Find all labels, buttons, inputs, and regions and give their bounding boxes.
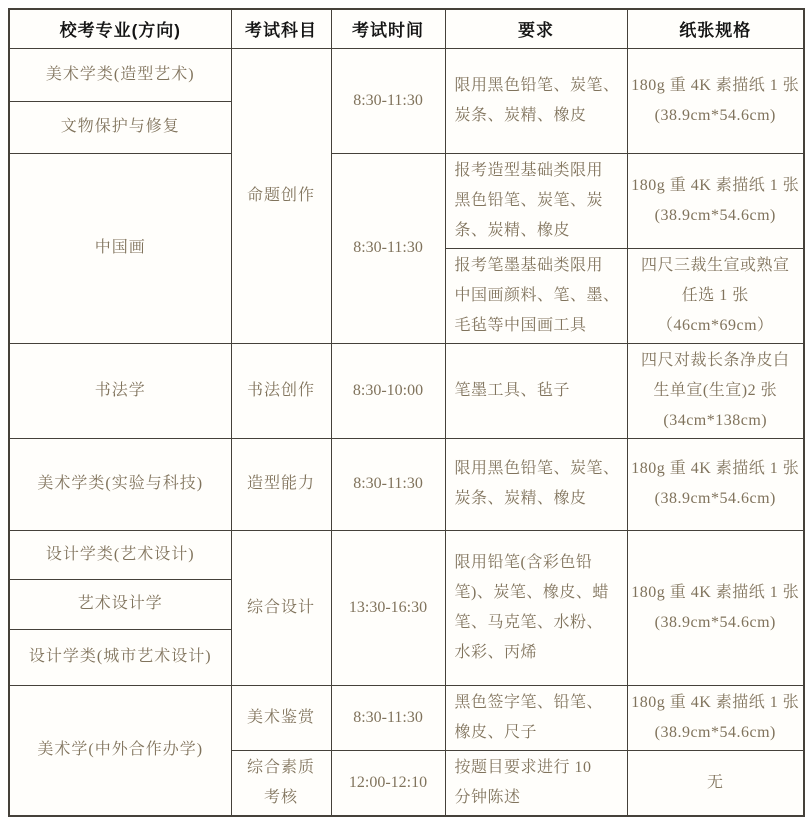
cell-paper-sketch-4k: 180g 重 4K 素描纸 1 张 (38.9cm*54.6cm): [627, 685, 804, 750]
cell-major-calligraphy: 书法学: [9, 343, 231, 438]
table-row: 美术学(中外合作办学) 美术鉴赏 8:30-11:30 黑色签字笔、铅笔、 橡皮…: [9, 685, 804, 750]
cell-major-design-art: 设计学类(艺术设计): [9, 530, 231, 579]
table-row: 设计学类(艺术设计) 综合设计 13:30-16:30 限用铅笔(含彩色铅 笔)…: [9, 530, 804, 579]
cell-paper-sketch-4k: 180g 重 4K 素描纸 1 张 (38.9cm*54.6cm): [627, 438, 804, 530]
cell-req-calligraphy-tools: 笔墨工具、毡子: [445, 343, 627, 438]
cell-subject-art-appreciation: 美术鉴赏: [231, 685, 331, 750]
cell-major-design-urban: 设计学类(城市艺术设计): [9, 629, 231, 685]
cell-req-appreciation-tools: 黑色签字笔、铅笔、 橡皮、尺子: [445, 685, 627, 750]
cell-req-statement: 按题目要求进行 10 分钟陈述: [445, 750, 627, 816]
cell-req-brush-ink-basis: 报考笔墨基础类限用 中国画颜料、笔、墨、 毛毡等中国画工具: [445, 248, 627, 343]
cell-time-morning: 8:30-11:30: [331, 153, 445, 343]
header-cell-requirements: 要求: [445, 9, 627, 48]
table-row: 中国画 8:30-11:30 报考造型基础类限用 黑色铅笔、炭笔、炭 条、炭精、…: [9, 153, 804, 248]
cell-paper-xuan-three-cut: 四尺三裁生宣或熟宣 任选 1 张 （46cm*69cm）: [627, 248, 804, 343]
cell-req-design-tools: 限用铅笔(含彩色铅 笔)、炭笔、橡皮、蜡 笔、马克笔、水粉、 水彩、丙烯: [445, 530, 627, 685]
cell-time-calligraphy: 8:30-10:00: [331, 343, 445, 438]
cell-time-morning: 8:30-11:30: [331, 438, 445, 530]
cell-req-charcoal-set: 限用黑色铅笔、炭笔、 炭条、炭精、橡皮: [445, 48, 627, 153]
header-cell-time: 考试时间: [331, 9, 445, 48]
cell-subject-calligraphy-creation: 书法创作: [231, 343, 331, 438]
cell-subject-quality-assessment: 综合素质 考核: [231, 750, 331, 816]
cell-paper-sketch-4k: 180g 重 4K 素描纸 1 张 (38.9cm*54.6cm): [627, 153, 804, 248]
cell-time-assessment: 12:00-12:10: [331, 750, 445, 816]
cell-major-fine-arts-modeling: 美术学类(造型艺术): [9, 48, 231, 101]
header-cell-major: 校考专业(方向): [9, 9, 231, 48]
cell-subject-modeling-ability: 造型能力: [231, 438, 331, 530]
cell-req-charcoal-set: 限用黑色铅笔、炭笔、 炭条、炭精、橡皮: [445, 438, 627, 530]
header-cell-subject: 考试科目: [231, 9, 331, 48]
table-row: 美术学类(造型艺术) 命题创作 8:30-11:30 限用黑色铅笔、炭笔、 炭条…: [9, 48, 804, 101]
cell-time-afternoon: 13:30-16:30: [331, 530, 445, 685]
cell-time-morning: 8:30-11:30: [331, 685, 445, 750]
cell-major-fine-arts-joint-program: 美术学(中外合作办学): [9, 685, 231, 816]
cell-paper-sketch-4k: 180g 重 4K 素描纸 1 张 (38.9cm*54.6cm): [627, 530, 804, 685]
table-row: 书法学 书法创作 8:30-10:00 笔墨工具、毡子 四尺对裁长条净皮白 生单…: [9, 343, 804, 438]
cell-subject-themed-creation: 命题创作: [231, 48, 331, 343]
header-cell-paper-spec: 纸张规格: [627, 9, 804, 48]
cell-major-chinese-painting: 中国画: [9, 153, 231, 343]
cell-req-modeling-basis: 报考造型基础类限用 黑色铅笔、炭笔、炭 条、炭精、橡皮: [445, 153, 627, 248]
cell-paper-sketch-4k: 180g 重 4K 素描纸 1 张 (38.9cm*54.6cm): [627, 48, 804, 153]
table-row: 美术学类(实验与科技) 造型能力 8:30-11:30 限用黑色铅笔、炭笔、 炭…: [9, 438, 804, 530]
cell-major-heritage-conservation: 文物保护与修复: [9, 101, 231, 153]
cell-major-fine-arts-experimental: 美术学类(实验与科技): [9, 438, 231, 530]
cell-paper-none: 无: [627, 750, 804, 816]
header-row: 校考专业(方向) 考试科目 考试时间 要求 纸张规格: [9, 9, 804, 48]
cell-time-morning: 8:30-11:30: [331, 48, 445, 153]
exam-schedule-table: 校考专业(方向) 考试科目 考试时间 要求 纸张规格 美术学类(造型艺术) 命题…: [8, 8, 805, 817]
cell-major-art-design: 艺术设计学: [9, 579, 231, 629]
cell-paper-xuan-long-strip: 四尺对裁长条净皮白 生单宣(生宣)2 张 (34cm*138cm): [627, 343, 804, 438]
cell-subject-comprehensive-design: 综合设计: [231, 530, 331, 685]
